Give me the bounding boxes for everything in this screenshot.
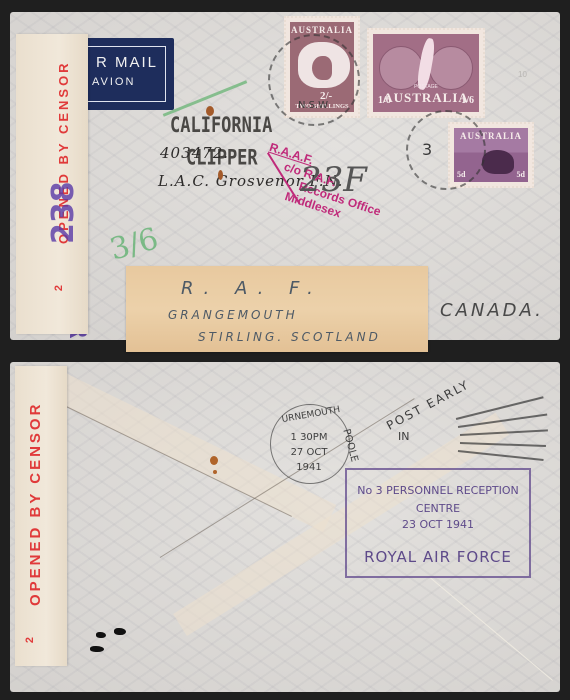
address-service-number: 403472. [160,144,229,162]
ink-blot [96,632,106,638]
flap-edge [58,402,292,517]
forwarding-line2: GRANGEMOUTH [168,308,298,322]
ink-blot [114,628,126,635]
stamp-mercury-1s6d: POSTAGE 1/6 AUSTRALIA 1/6 [367,28,485,118]
airmail-label-line2: AVION [92,76,135,88]
censor-label-front: OPENED BY CENSOR 2 238 [16,34,88,334]
censor-label-number: 2 [24,637,36,643]
censor-label-text: OPENED BY CENSOR [27,402,44,606]
cachet-line2: CENTRE [347,502,529,515]
ink-blot [90,646,104,652]
flap-edge [430,577,553,681]
cachet-date: 23 OCT 1941 [347,518,529,531]
postmark-cancel-1: N.S.W [268,34,360,126]
cachet-line4: ROYAL AIR FORCE [347,548,529,566]
forwarding-line1: R. A. F. [181,278,323,299]
censor-number-handstamp: 238 [46,181,81,244]
california-clipper-cachet: CALIFORNIA CLIPPER [170,110,272,175]
censor-label-back: OPENED BY CENSOR 2 [15,366,67,666]
postmark-year: 1941 [284,462,334,473]
postmark-cancel-2: 3 [406,110,486,190]
rust-stain [210,456,218,465]
forwarding-line3: STIRLING. SCOTLAND [198,330,381,344]
postmark-date: 27 OCT [284,447,334,458]
airmail-label-line1: R MAIL [96,54,158,71]
rust-stain [206,106,214,116]
cachet-line1: CALIFORNIA [170,113,272,138]
censor-label-number: 2 [53,285,65,291]
raf-reception-centre-cachet: No 3 PERSONNEL RECEPTION CENTRE 23 OCT 1… [345,468,531,578]
margin-number: 10 [518,70,527,79]
rust-stain [213,470,217,474]
postmark-time: 1 30PM [284,432,334,443]
rust-stain [218,170,223,180]
slogan-cancel-line2: IN [398,430,409,443]
forwarding-address-label: R. A. F. GRANGEMOUTH STIRLING. SCOTLAND [126,266,428,352]
cachet-line1: No 3 PERSONNEL RECEPTION [347,484,529,497]
pencil-note: 23F [300,160,367,200]
green-crayon-mark: 3/6 [106,221,162,267]
address-country: CANADA. [440,300,544,321]
ox-icon [482,150,514,174]
